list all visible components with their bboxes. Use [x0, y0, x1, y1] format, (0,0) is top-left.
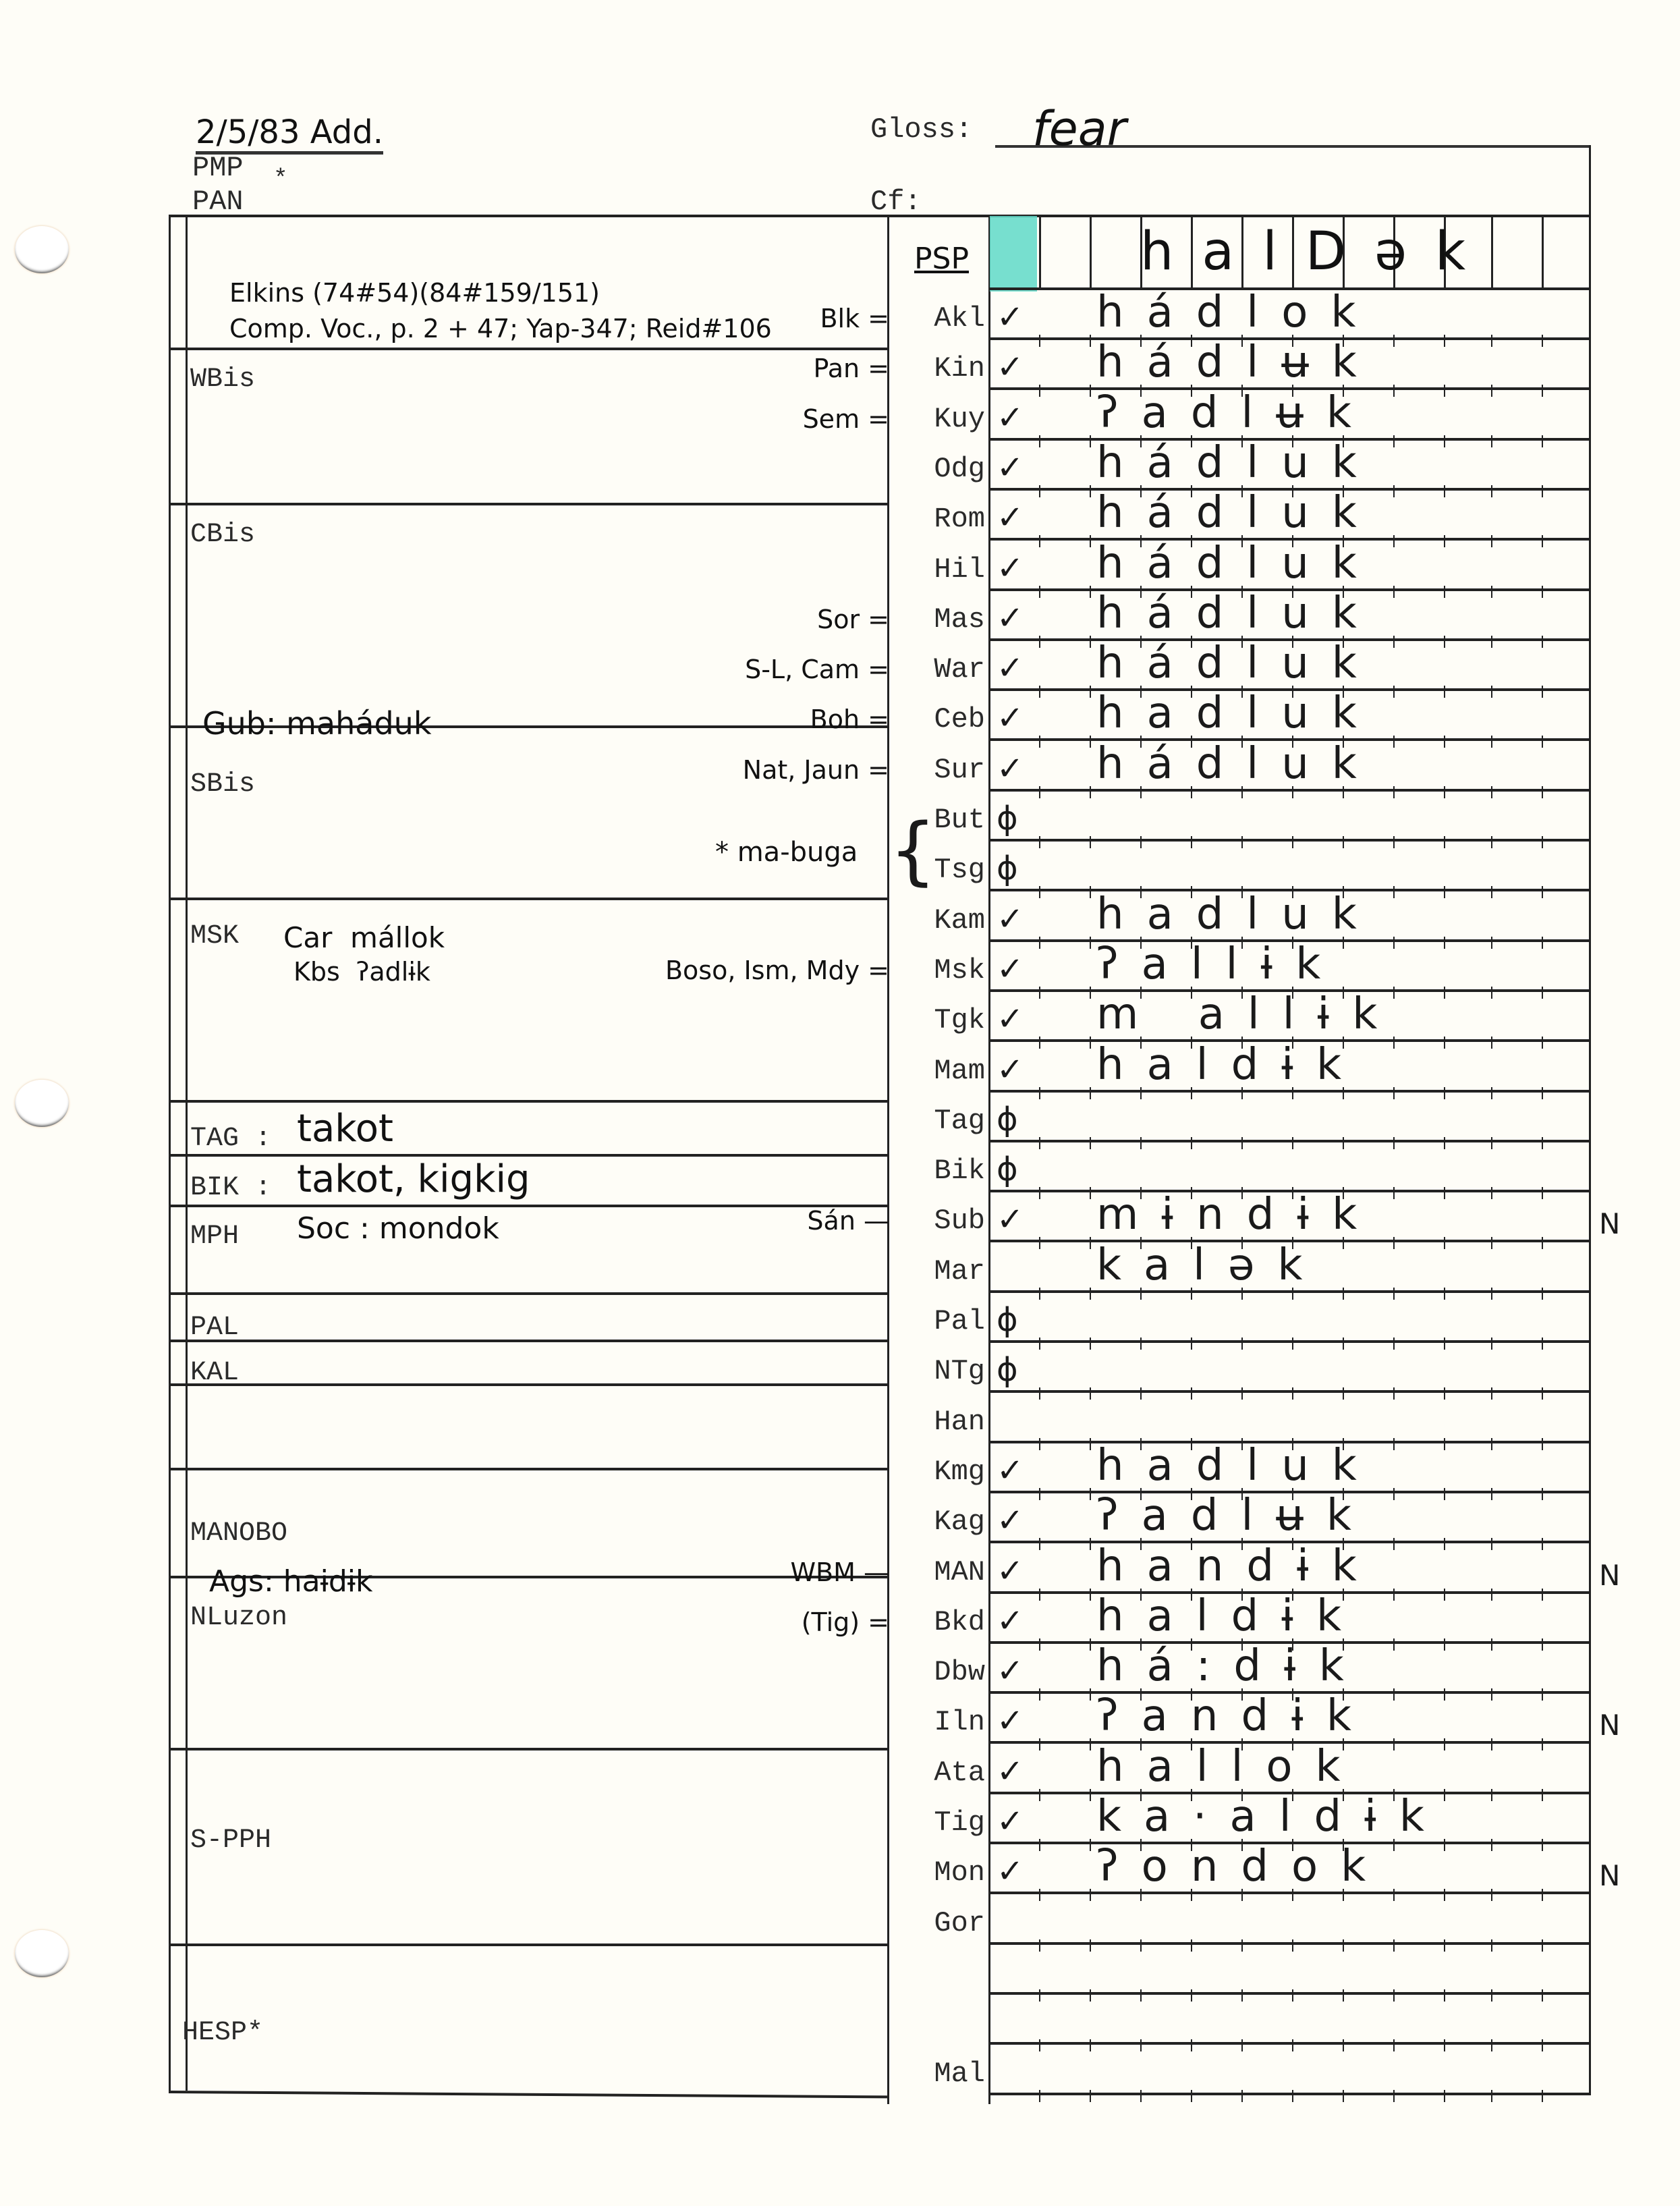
checkmark-icon: ✓: [997, 1201, 1024, 1238]
null-reflex-icon: ϕ: [997, 800, 1018, 837]
language-code: MAN: [877, 1556, 985, 1589]
language-code: Mam: [877, 1055, 985, 1087]
section-rule: [169, 898, 887, 900]
section-rule: [169, 1943, 887, 1946]
language-code: Kin: [877, 352, 985, 385]
section-mph-note: Soc : mondok: [297, 1211, 499, 1246]
reflex-form: ʔallɨk: [1096, 939, 1343, 989]
section-mph: MPH: [190, 1221, 239, 1252]
section-rule: [169, 1383, 887, 1386]
checkmark-icon: ✓: [997, 699, 1024, 737]
table-bottom-rule: [169, 2091, 887, 2098]
reflex-form: kalək: [1096, 1240, 1325, 1290]
language-code: Msk: [877, 954, 985, 987]
language-code: Ata: [877, 1757, 985, 1789]
cognate-row: [988, 1895, 1589, 1945]
section-rule: [169, 1205, 887, 1207]
reflex-form: haldɨk: [1096, 1591, 1364, 1641]
reflex-form: hádluk: [1096, 588, 1380, 638]
section-rule: [169, 1340, 887, 1342]
language-code: Rom: [877, 503, 985, 535]
row-tick: [1393, 2090, 1395, 2102]
cognate-row: ✓hádluk: [988, 742, 1589, 792]
checkmark-icon: ✓: [997, 900, 1024, 938]
language-code: Sur: [877, 754, 985, 786]
cognate-row: [988, 1394, 1589, 1443]
punch-hole: [15, 1080, 69, 1127]
language-code: Iln: [877, 1706, 985, 1738]
cognate-row: ϕ: [988, 1343, 1589, 1393]
cognate-row: [988, 1995, 1589, 2045]
language-code: War: [877, 653, 985, 686]
cognate-row: ✓hádluk: [988, 441, 1589, 491]
checkmark-icon: ✓: [997, 499, 1024, 536]
reflex-form: hadluk: [1096, 1441, 1380, 1491]
language-code: Gor: [877, 1907, 985, 1939]
highlighter-mark: [990, 216, 1037, 292]
cognate-row: ✓hádlok: [988, 290, 1589, 340]
code-annotation: Boso, Ism, Mdy =: [665, 956, 889, 985]
cognate-row: ✓ʔondok: [988, 1844, 1589, 1894]
language-code: Bik: [877, 1155, 985, 1187]
code-annotation: Pan =: [814, 354, 890, 383]
null-reflex-icon: ϕ: [997, 850, 1018, 887]
language-code: But: [877, 804, 985, 836]
section-rule: [169, 503, 887, 505]
language-code: Akl: [877, 302, 985, 335]
cognate-row: [988, 1945, 1589, 1995]
language-code: Mal: [877, 2058, 985, 2090]
cognate-row: ✓ka·aldɨk: [988, 1794, 1589, 1844]
language-code: NTg: [877, 1355, 985, 1387]
checkmark-icon: ✓: [997, 1552, 1024, 1590]
punch-hole: [15, 226, 69, 273]
section-kal: KAL: [190, 1358, 239, 1388]
reflex-form: hádlʉk: [1096, 337, 1380, 387]
row-tick: [1039, 2090, 1040, 2102]
section-rule: [169, 348, 887, 350]
reflex-form: hádluk: [1096, 638, 1380, 688]
reflex-form: m allɨk: [1096, 989, 1400, 1039]
section-cbis: CBis: [190, 520, 255, 550]
code-annotation: Boh =: [810, 705, 889, 734]
section-rule: [169, 1100, 887, 1103]
null-reflex-icon: ϕ: [997, 1101, 1018, 1138]
reflex-form: haldɨk: [1096, 1040, 1364, 1090]
checkmark-icon: ✓: [997, 649, 1024, 687]
language-code: Bkd: [877, 1606, 985, 1638]
cognate-row: ✓hadluk: [988, 892, 1589, 942]
reflex-form: ʔadlʉk: [1096, 388, 1374, 438]
cognate-row: ✓m allɨk: [988, 992, 1589, 1042]
cognate-row: ✓haldɨk: [988, 1594, 1589, 1644]
language-code: Hil: [877, 553, 985, 586]
reflex-form: hádluk: [1096, 739, 1380, 789]
reflex-form: mɨndɨk: [1096, 1190, 1380, 1240]
reflex-form: hadluk: [1096, 889, 1380, 939]
section-cbis-note: Gub: maháduk: [202, 705, 431, 742]
checkmark-icon: ✓: [997, 1000, 1024, 1038]
checkmark-icon: ✓: [997, 750, 1024, 788]
flag-n: N: [1599, 1559, 1620, 1592]
cf-label: Cf:: [870, 186, 922, 218]
date-stamp: 2/5/83 Add.: [196, 113, 383, 155]
language-code: Han: [877, 1406, 985, 1438]
language-code: Ceb: [877, 703, 985, 736]
checkmark-icon: ✓: [997, 549, 1024, 587]
checkmark-icon: ✓: [997, 599, 1024, 637]
row-tick: [1241, 2090, 1243, 2102]
checkmark-icon: ✓: [997, 1501, 1024, 1539]
cognate-row: ✓hallok: [988, 1744, 1589, 1794]
cognate-row: ✓há:dɨk: [988, 1644, 1589, 1694]
section-tag: TAG :: [190, 1124, 271, 1154]
row-tick: [1444, 2090, 1445, 2102]
code-annotation: Sán —: [807, 1206, 889, 1236]
language-code: Dbw: [877, 1656, 985, 1688]
language-code: Tsg: [877, 854, 985, 886]
section-rule: [169, 1292, 887, 1295]
code-annotation: (Tig) =: [802, 1607, 889, 1637]
left-inner-border: [186, 215, 188, 2091]
cognate-row: ϕ: [988, 1093, 1589, 1142]
cognate-row: ϕ: [988, 842, 1589, 891]
left-annotation-mabuga: * ma-buga: [715, 837, 858, 868]
language-code: Kag: [877, 1506, 985, 1538]
section-msk-note2: Kbs ʔadlɨk: [293, 957, 430, 987]
checkmark-icon: ✓: [997, 950, 1024, 988]
null-reflex-icon: ϕ: [997, 1151, 1018, 1188]
reflex-form: ka·aldɨk: [1096, 1792, 1447, 1842]
language-code: Tgk: [877, 1004, 985, 1037]
flag-n: N: [1599, 1207, 1620, 1240]
language-code: Kuy: [877, 403, 985, 435]
checkmark-icon: ✓: [997, 449, 1024, 487]
code-annotation: WBM —: [790, 1557, 889, 1587]
reflex-form: há:dɨk: [1096, 1641, 1367, 1691]
section-sbis: SBis: [190, 769, 255, 800]
reference-line-2: Comp. Voc., p. 2 + 47; Yap-347; Reid#106: [229, 314, 772, 343]
checkmark-icon: ✓: [997, 399, 1024, 437]
language-code: Mar: [877, 1255, 985, 1288]
code-annotation: S-L, Cam =: [745, 655, 889, 684]
checkmark-icon: ✓: [997, 1802, 1024, 1840]
section-rule: [169, 1748, 887, 1750]
punch-hole: [15, 1930, 69, 1977]
reflex-form: hádluk: [1096, 488, 1380, 538]
reflex-form: hádlok: [1096, 287, 1378, 337]
reflex-form: hádluk: [1096, 539, 1380, 588]
section-nluzon: NLuzon: [190, 1603, 287, 1633]
language-code: Pal: [877, 1305, 985, 1338]
checkmark-icon: ✓: [997, 348, 1024, 386]
row-tick: [1343, 2090, 1344, 2102]
section-bik-note: takot, kigkig: [297, 1157, 530, 1201]
flag-n: N: [1599, 1859, 1620, 1892]
cognate-row: ✓hádluk: [988, 541, 1589, 591]
checkmark-icon: ✓: [997, 1051, 1024, 1088]
cognate-row: ✓haldɨk: [988, 1043, 1589, 1093]
code-annotation: Nat, Jaun =: [743, 755, 889, 785]
language-code: Kmg: [877, 1456, 985, 1488]
section-manobo: MANOBO: [190, 1518, 287, 1549]
cognate-row: ✓ʔadlʉk: [988, 391, 1589, 441]
language-code: Odg: [877, 453, 985, 485]
cognate-row: ϕ: [988, 1142, 1589, 1192]
row-tick: [1542, 2090, 1543, 2102]
row-tick: [1140, 2090, 1142, 2102]
row-rule: [988, 2093, 1589, 2095]
reflex-form: hallok: [1096, 1742, 1364, 1792]
reference-line-1: Elkins (74#54)(84#159/151): [229, 278, 600, 308]
section-wbis: WBis: [190, 364, 255, 395]
code-annotation: Sem =: [803, 404, 889, 434]
psp-form: halDək: [1140, 221, 1494, 282]
row-tick: [1292, 2090, 1293, 2102]
gloss-value: fear: [1032, 101, 1126, 157]
psp-row: halDək: [988, 215, 1589, 290]
reflex-form: hádluk: [1096, 438, 1380, 488]
cognate-row: ✓hádluk: [988, 591, 1589, 641]
cognate-row: kalək: [988, 1243, 1589, 1293]
reflex-form: ʔadlʉk: [1096, 1491, 1374, 1541]
section-tag-note: takot: [297, 1107, 393, 1151]
section-hesp: HESP*: [182, 2018, 263, 2048]
reflex-form: ʔondok: [1096, 1842, 1389, 1892]
null-reflex-icon: ϕ: [997, 1351, 1018, 1389]
checkmark-icon: ✓: [997, 1452, 1024, 1489]
reflex-form: ʔandɨk: [1096, 1691, 1374, 1741]
cognate-row: [988, 2045, 1589, 2095]
gloss-label: Gloss:: [870, 113, 972, 146]
checkmark-icon: ✓: [997, 1652, 1024, 1690]
cognate-row: ✓hadluk: [988, 691, 1589, 741]
section-rule: [169, 1468, 887, 1470]
cognate-row: ϕ: [988, 1293, 1589, 1343]
cognate-row: ✓ʔandɨk: [988, 1694, 1589, 1744]
cognate-row: ✓ʔadlʉk: [988, 1493, 1589, 1543]
code-annotation: Sor =: [817, 605, 889, 634]
reflex-form: hadluk: [1096, 688, 1380, 738]
section-s-pph: S-PPH: [190, 1825, 271, 1856]
flag-n: N: [1599, 1709, 1620, 1742]
language-code: Tag: [877, 1105, 985, 1137]
language-code: Mon: [877, 1856, 985, 1889]
right-border-top: [1589, 145, 1591, 2095]
checkmark-icon: ✓: [997, 1753, 1024, 1790]
psp-code: PSP: [914, 242, 969, 276]
cognate-row: ✓ʔallɨk: [988, 942, 1589, 992]
checkmark-icon: ✓: [997, 1702, 1024, 1740]
section-rule: [169, 1154, 887, 1157]
cognate-row: ϕ: [988, 792, 1589, 842]
cognate-row: ✓hádluk: [988, 641, 1589, 691]
section-msk-note: Car mállok: [283, 921, 445, 954]
section-bik: BIK :: [190, 1173, 271, 1203]
language-code: Sub: [877, 1205, 985, 1237]
row-tick: [1191, 2090, 1192, 2102]
pmp-label: PMP: [192, 152, 244, 184]
pmp-star: *: [273, 165, 288, 193]
checkmark-icon: ✓: [997, 1852, 1024, 1890]
cognate-row: ✓mɨndɨk: [988, 1192, 1589, 1242]
null-reflex-icon: ϕ: [997, 1301, 1018, 1339]
cognate-row: ✓hádluk: [988, 491, 1589, 541]
row-tick: [1491, 2090, 1492, 2102]
pan-label: PAN: [192, 186, 244, 218]
row-tick: [1090, 2090, 1091, 2102]
cognate-row: ✓handɨk: [988, 1544, 1589, 1594]
cognate-row: ✓hadluk: [988, 1443, 1589, 1493]
code-annotation: Blk =: [820, 304, 889, 333]
left-outer-border: [169, 215, 171, 2091]
language-code: Mas: [877, 603, 985, 636]
section-pal: PAL: [190, 1313, 239, 1343]
cognate-row: ✓hádlʉk: [988, 340, 1589, 390]
checkmark-icon: ✓: [997, 1602, 1024, 1640]
reflex-form: handɨk: [1096, 1541, 1380, 1591]
language-code: Tig: [877, 1807, 985, 1839]
section-msk: MSK: [190, 921, 239, 952]
checkmark-icon: ✓: [997, 298, 1024, 336]
section-manobo-note: Ags: haɨdɨk: [209, 1564, 372, 1599]
language-code: Kam: [877, 904, 985, 937]
